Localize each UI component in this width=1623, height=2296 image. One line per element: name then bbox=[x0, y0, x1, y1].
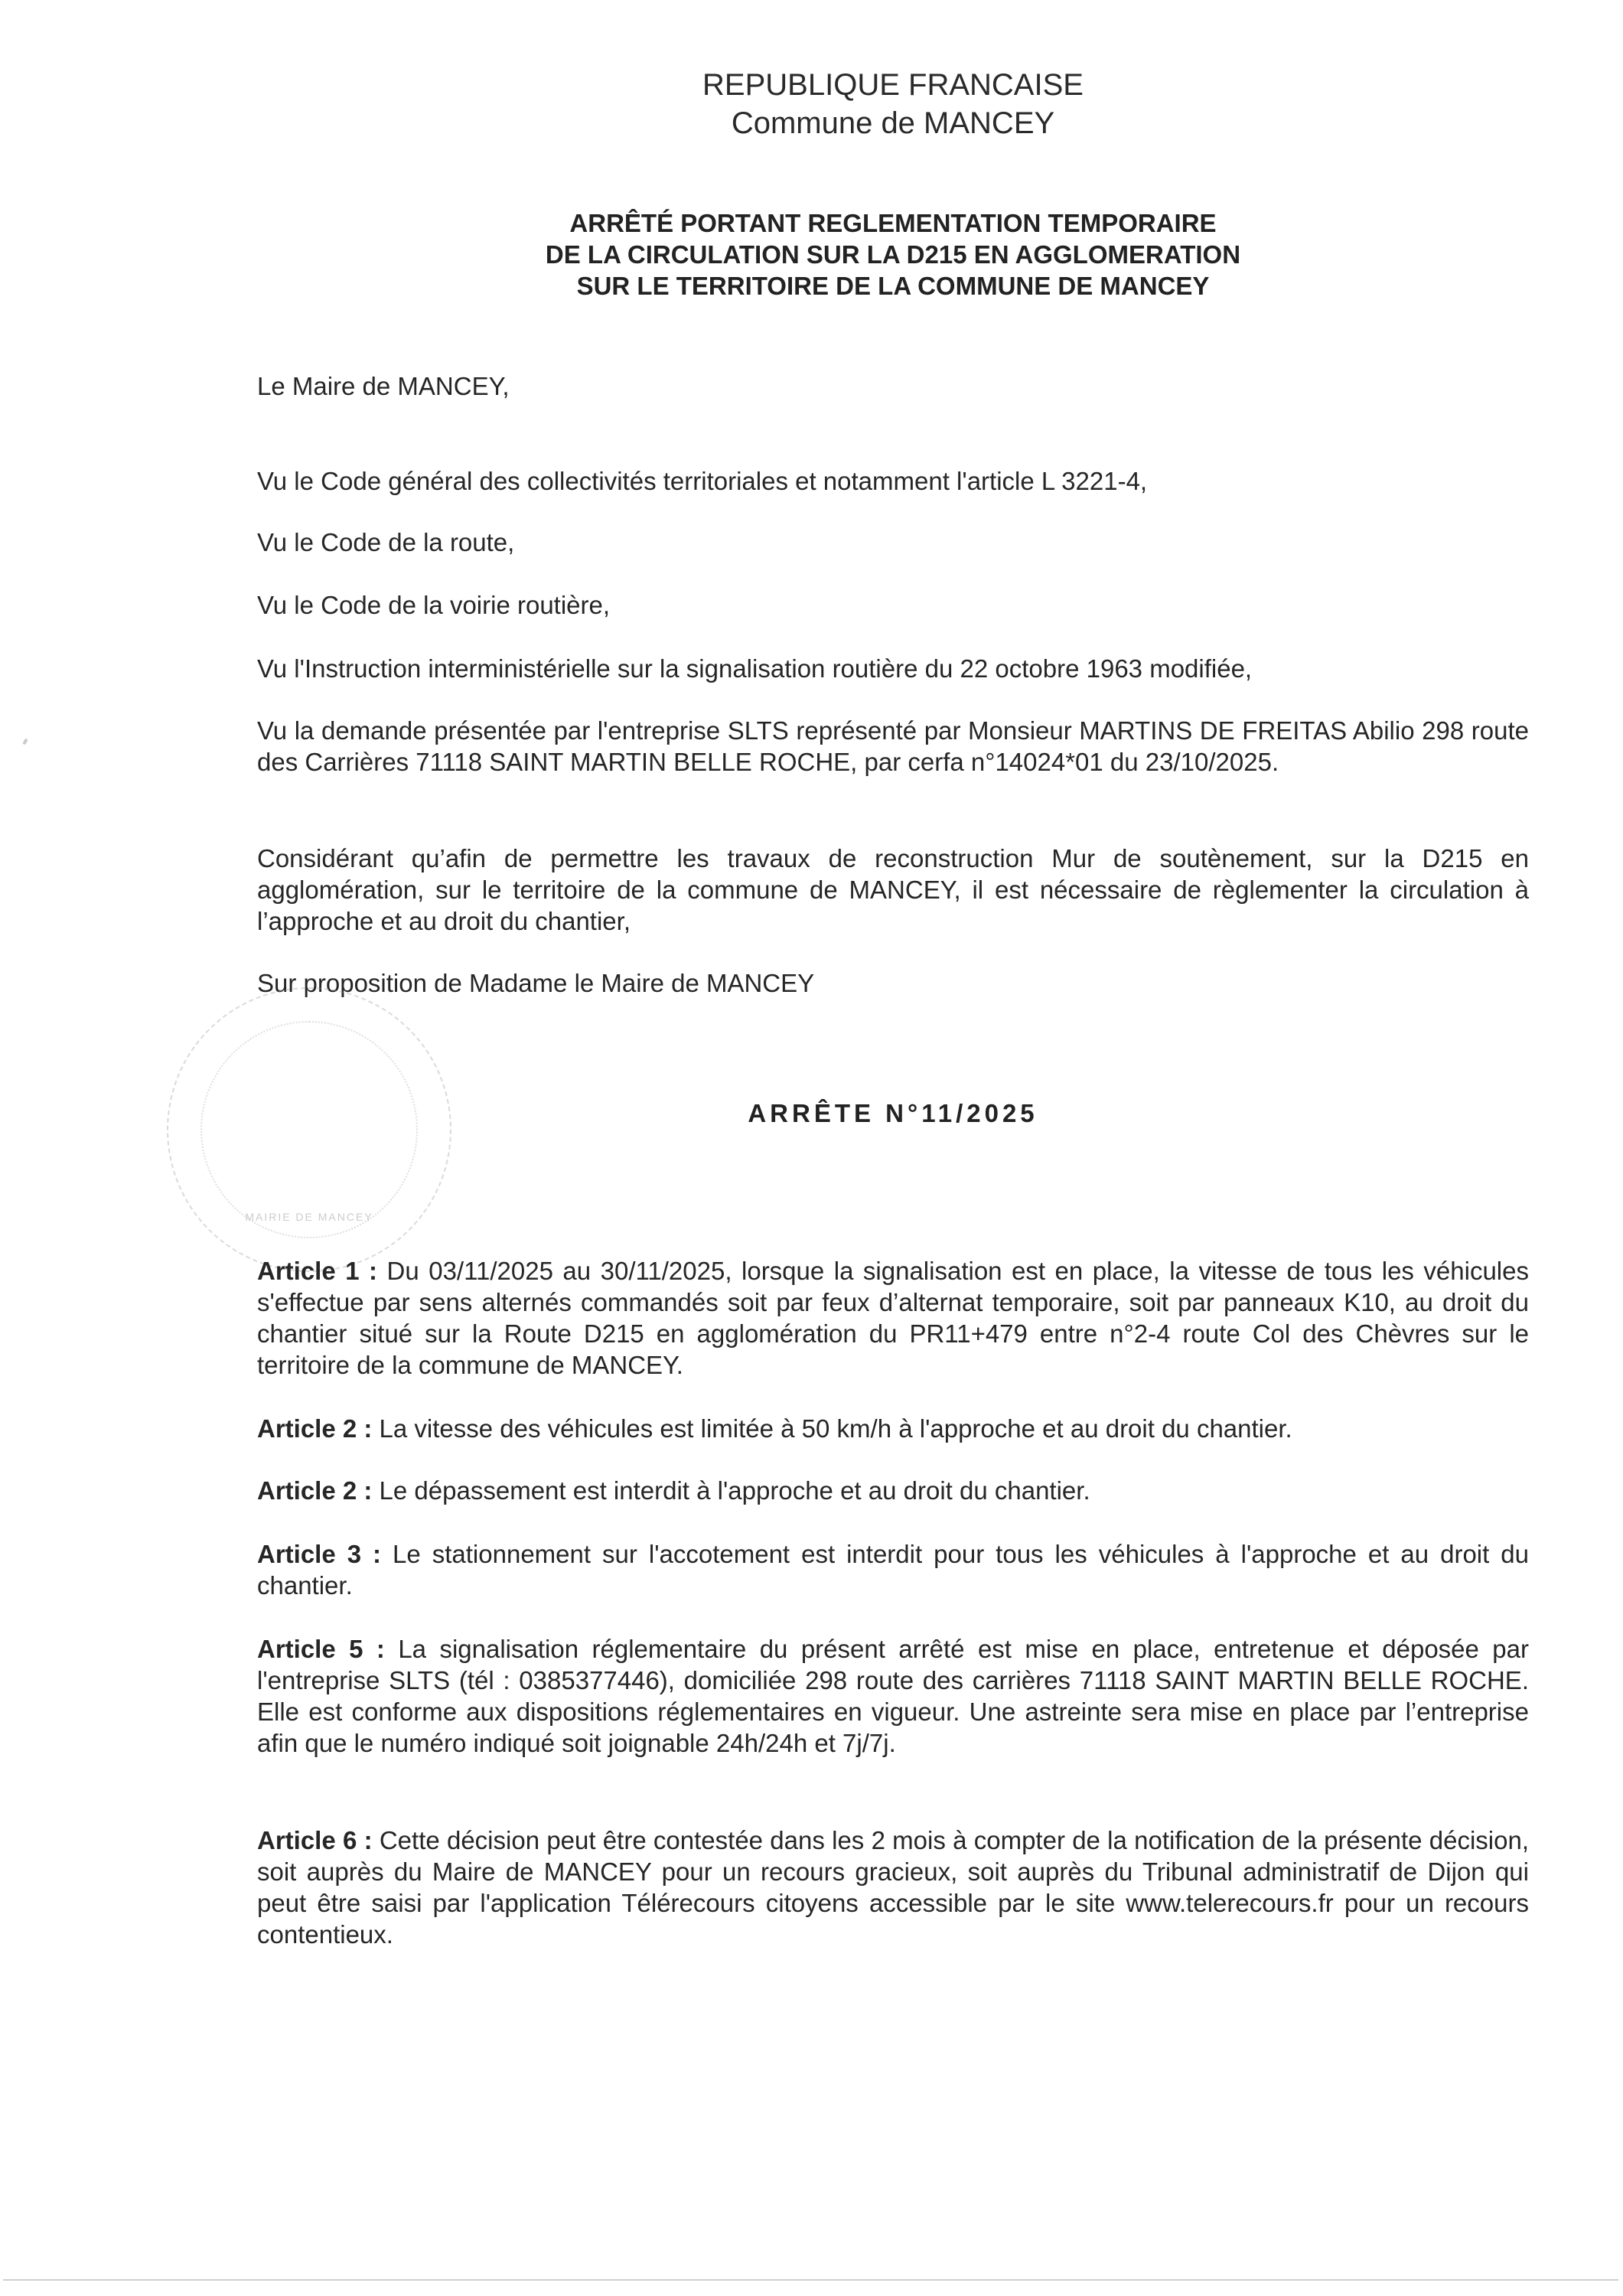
article-6-text: Cette décision peut être contestée dans … bbox=[257, 1826, 1529, 1949]
scan-speck bbox=[22, 739, 28, 745]
visa-cgct: Vu le Code général des collectivités ter… bbox=[257, 465, 1529, 497]
article-3: Article 3 : Le stationnement sur l'accot… bbox=[257, 1538, 1529, 1601]
visa-instruction: Vu l'Instruction interministérielle sur … bbox=[257, 653, 1529, 684]
article-6-label: Article 6 : bbox=[257, 1826, 373, 1854]
article-3-text: Le stationnement sur l'accotement est in… bbox=[257, 1540, 1529, 1600]
mairie-stamp: MAIRIE DE MANCEY bbox=[167, 987, 451, 1272]
article-5-text: La signalisation réglementaire du présen… bbox=[257, 1635, 1529, 1757]
visa-code-voirie: Vu le Code de la voirie routière, bbox=[257, 589, 1529, 621]
article-2b-text: Le dépassement est interdit à l'approche… bbox=[372, 1476, 1090, 1505]
article-2-label: Article 2 : bbox=[257, 1414, 372, 1443]
arrete-number: ARRÊTE N°11/2025 bbox=[257, 1097, 1529, 1129]
article-2-text: La vitesse des véhicules est limitée à 5… bbox=[372, 1414, 1292, 1443]
article-5: Article 5 : La signalisation réglementai… bbox=[257, 1633, 1529, 1759]
document-title: ARRÊTÉ PORTANT REGLEMENTATION TEMPORAIRE… bbox=[257, 207, 1529, 302]
article-1-label: Article 1 : bbox=[257, 1257, 377, 1285]
commune-heading: Commune de MANCEY bbox=[257, 104, 1529, 142]
visa-demande: Vu la demande présentée par l'entreprise… bbox=[257, 715, 1529, 778]
article-5-label: Article 5 : bbox=[257, 1635, 385, 1663]
maire-intro: Le Maire de MANCEY, bbox=[257, 370, 1529, 402]
article-1-text: Du 03/11/2025 au 30/11/2025, lorsque la … bbox=[257, 1257, 1529, 1379]
article-2b-label: Article 2 : bbox=[257, 1476, 372, 1505]
article-2-speed: Article 2 : La vitesse des véhicules est… bbox=[257, 1413, 1529, 1444]
article-6: Article 6 : Cette décision peut être con… bbox=[257, 1825, 1529, 1950]
document-page: REPUBLIQUE FRANCAISE Commune de MANCEY A… bbox=[0, 0, 1623, 2296]
title-line-2: DE LA CIRCULATION SUR LA D215 EN AGGLOME… bbox=[257, 239, 1529, 270]
stamp-inner-ring bbox=[200, 1021, 418, 1238]
considerant-paragraph: Considérant qu’afin de permettre les tra… bbox=[257, 843, 1529, 937]
title-line-1: ARRÊTÉ PORTANT REGLEMENTATION TEMPORAIRE bbox=[257, 207, 1529, 239]
republic-heading: REPUBLIQUE FRANCAISE bbox=[257, 66, 1529, 104]
article-3-label: Article 3 : bbox=[257, 1540, 381, 1568]
article-1: Article 1 : Du 03/11/2025 au 30/11/2025,… bbox=[257, 1255, 1529, 1381]
document-header: REPUBLIQUE FRANCAISE Commune de MANCEY bbox=[257, 66, 1529, 142]
stamp-text: MAIRIE DE MANCEY bbox=[168, 1211, 450, 1223]
visa-code-route: Vu le Code de la route, bbox=[257, 527, 1529, 558]
article-2-overtaking: Article 2 : Le dépassement est interdit … bbox=[257, 1475, 1529, 1506]
proposition-line: Sur proposition de Madame le Maire de MA… bbox=[257, 967, 1529, 999]
title-line-3: SUR LE TERRITOIRE DE LA COMMUNE DE MANCE… bbox=[257, 270, 1529, 302]
page-bottom-border bbox=[3, 2279, 1618, 2281]
